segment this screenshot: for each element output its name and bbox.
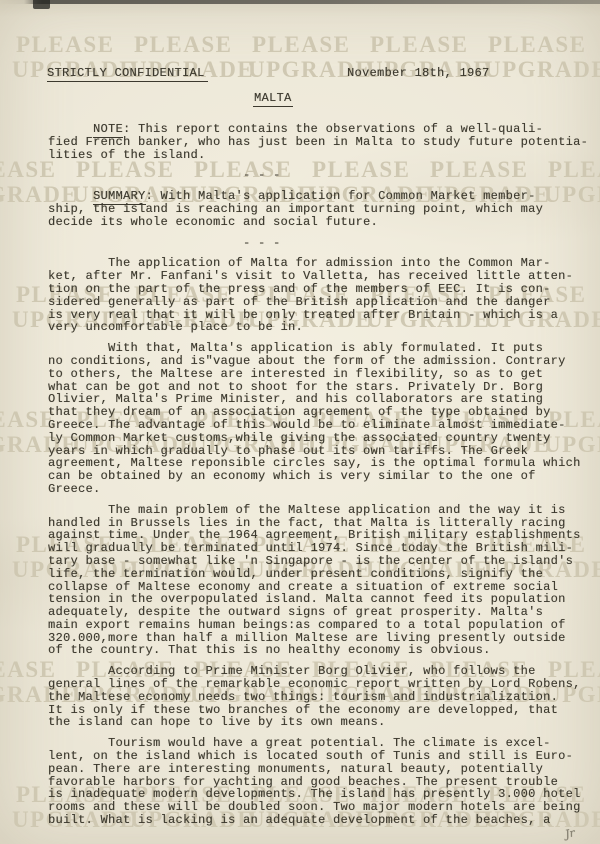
- paragraph: Tourism would have a great potential. Th…: [48, 737, 593, 827]
- text-line: sidered generally as part of the British…: [48, 296, 593, 309]
- text-line: fied French banker, who has just been in…: [48, 136, 593, 149]
- section-separator: - - -: [243, 237, 593, 250]
- section-separator: - - -: [243, 169, 593, 182]
- text-line: Greece. The advantage of this would be t…: [48, 419, 593, 432]
- handwritten-initials: Jr: [564, 826, 576, 841]
- text-line: ly Common Market customs,while giving th…: [48, 432, 593, 445]
- text-line: pean. There are interesting monuments, n…: [48, 763, 593, 776]
- text-line: lities of the island.: [48, 149, 593, 162]
- text-line: very uncomfortable place to be in.: [48, 321, 593, 334]
- document-content: STRICTLY CONFIDENTIAL November 18th, 196…: [0, 0, 600, 844]
- classification-label: STRICTLY CONFIDENTIAL: [47, 66, 208, 82]
- text-line: to others, the Maltese are interested in…: [48, 368, 593, 381]
- paragraph: SUMMARY: With Malta's application for Co…: [48, 190, 593, 228]
- text-line: tion on the part of the press and of the…: [48, 283, 593, 296]
- scanned-document-page: PLEASEUPGRADEPLEASEUPGRADEPLEASEUPGRADEP…: [0, 0, 600, 844]
- scan-edge-notch: [33, 0, 50, 9]
- text-line: The main problem of the Maltese applicat…: [48, 504, 593, 517]
- paragraph: With that, Malta's application is ably f…: [48, 342, 593, 496]
- text-line: can be obtained by an economy which is v…: [48, 470, 593, 483]
- text-line: no conditions, and is"vague about the fo…: [48, 355, 593, 368]
- text-line: tary base - somewhat like 'n Singapore -…: [48, 555, 593, 568]
- paragraph: NOTE: This report contains the observati…: [48, 123, 593, 161]
- scan-top-edge: [0, 0, 600, 4]
- text-line: lent, on the island which is located sou…: [48, 750, 593, 763]
- text-line: the island can hope to live by its own m…: [48, 716, 593, 729]
- text-line: adequately, despite the outward signs of…: [48, 606, 593, 619]
- text-line: life, the termination would, under prese…: [48, 568, 593, 581]
- paragraph: According to Prime Minister Borg Olivier…: [48, 665, 593, 729]
- document-body: NOTE: This report contains the observati…: [48, 123, 593, 835]
- text-line: Greece.: [48, 483, 593, 496]
- text-line: ship, the island is reaching an importan…: [48, 203, 593, 216]
- document-title: MALTA: [253, 91, 293, 107]
- text-line: of the country. That this is no healthy …: [48, 644, 593, 657]
- text-line: general lines of the remarkable economic…: [48, 678, 593, 691]
- text-line: NOTE: This report contains the observati…: [48, 123, 593, 136]
- text-line: the Maltese economy needs two things: to…: [48, 691, 593, 704]
- date-label: November 18th, 1967: [347, 66, 490, 80]
- paragraph: The main problem of the Maltese applicat…: [48, 504, 593, 658]
- text-line: decide its whole economic and social fut…: [48, 216, 593, 229]
- text-line: will gradually be terminated until 1974.…: [48, 542, 593, 555]
- text-line: built. What is lacking is an adequate de…: [48, 814, 593, 827]
- text-line: main export remains human beings:as comp…: [48, 619, 593, 632]
- paragraph: The application of Malta for admission i…: [48, 257, 593, 334]
